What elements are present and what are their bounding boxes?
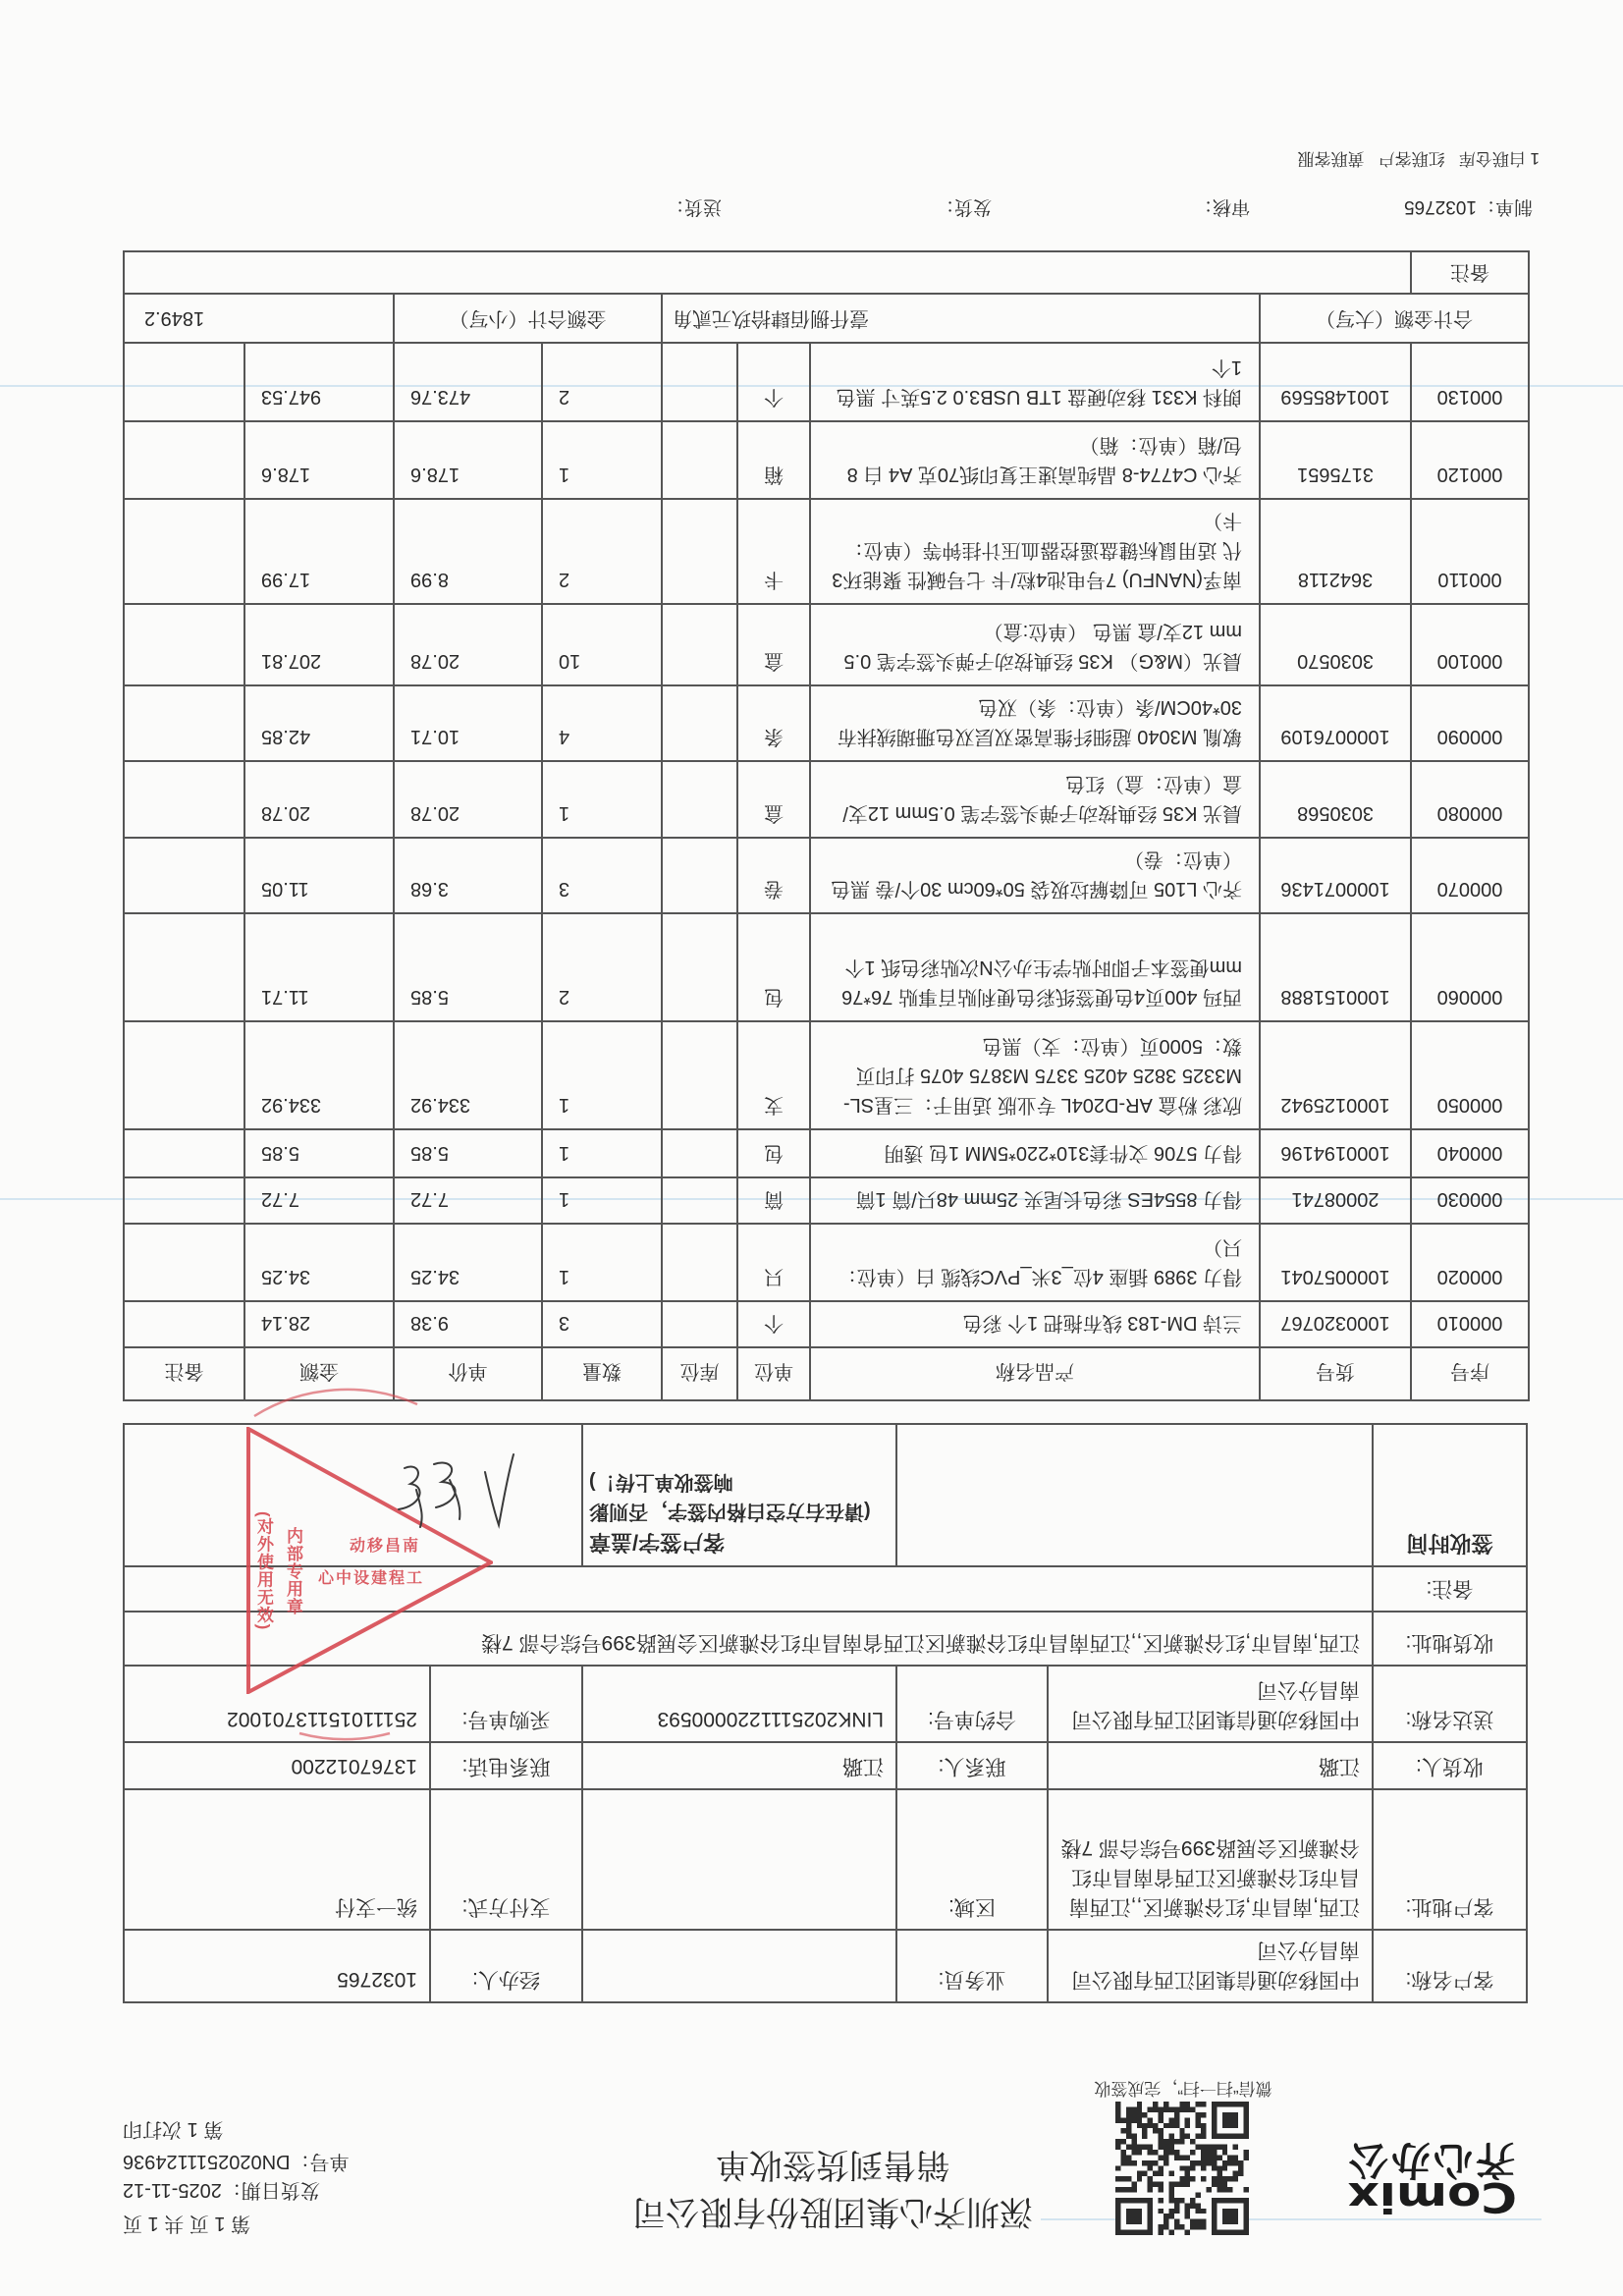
- item-remark: [124, 838, 244, 913]
- item-unit-price: 20.78: [394, 761, 542, 838]
- item-row: 0000401000194196得力 5706 文件套310*220*5MM 1…: [124, 1129, 1529, 1177]
- stamp-text-line: (对外使用无效): [253, 1511, 273, 1630]
- item-seq: 000130: [1411, 343, 1529, 421]
- items-remark-value: [124, 251, 1411, 294]
- item-unit: 盒: [737, 761, 810, 838]
- item-sku: 1000057041: [1260, 1224, 1411, 1301]
- item-amount: 11.71: [244, 913, 394, 1021]
- item-remark: [124, 761, 244, 838]
- payment-method-label: 支付方式:: [430, 1789, 582, 1930]
- receiver-value: 江璐: [1048, 1742, 1373, 1789]
- receiver-label: 收货人:: [1373, 1742, 1527, 1789]
- items-table: 序号 货号 产品名称 单位 库位 数量 单价 金额 备注 00001010003…: [123, 250, 1530, 1401]
- item-name: 齐心 L105 可降解垃圾袋 50*60cm 30个/卷 黑色（单位：卷）: [810, 838, 1260, 913]
- page-count: 第 1 页 共 1 页: [123, 2212, 250, 2235]
- item-remark: [124, 1177, 244, 1224]
- item-quantity: 1: [542, 761, 662, 838]
- info-remark-label: 备注:: [1373, 1566, 1527, 1612]
- contact-value: 江璐: [582, 1742, 896, 1789]
- item-location: [662, 1177, 737, 1224]
- item-row: 0000601000151888西玛 400页4色便签纸彩色便利贴百事贴 76*…: [124, 913, 1529, 1021]
- item-amount: 7.72: [244, 1177, 394, 1224]
- item-amount: 5.85: [244, 1129, 394, 1177]
- receiver-row: 收货人: 江璐 联系人: 江璐 联系电话: 13767012200: [124, 1742, 1527, 1789]
- header-amount: 金额: [244, 1347, 394, 1400]
- item-remark: [124, 604, 244, 685]
- item-seq: 000120: [1411, 421, 1529, 499]
- item-name: 兰诗 DM-183 线布拖把 1个 彩色: [810, 1301, 1260, 1347]
- item-seq: 000040: [1411, 1129, 1529, 1177]
- contract-number-value: LINK2025111220000593: [582, 1666, 896, 1742]
- item-unit: 卡: [737, 499, 810, 604]
- customer-name-value: 中国移动通信集团江西有限公司南昌分公司: [1048, 1930, 1373, 2002]
- courier: 送货：: [666, 194, 722, 218]
- sign-time-value: [896, 1424, 1373, 1566]
- items-remark-label: 备注: [1411, 251, 1529, 294]
- region-label: 区域:: [896, 1789, 1048, 1930]
- items-body: 0000101000320767兰诗 DM-183 线布拖把 1个 彩色个39.…: [124, 343, 1529, 1347]
- item-remark: [124, 913, 244, 1021]
- item-row: 0001203175651齐心 C4774-8 晶纯高速王复印纸70克 A4 白…: [124, 421, 1529, 499]
- item-remark: [124, 499, 244, 604]
- print-count: 第 1 次打印: [123, 2117, 223, 2141]
- item-location: [662, 343, 737, 421]
- customer-name-label: 客户名称:: [1373, 1930, 1527, 2002]
- customer-address-row: 客户地址: 江西,南昌市,红谷滩新区,,江西南昌市红谷滩新区江西省南昌市红谷滩新…: [124, 1789, 1527, 1930]
- item-amount: 17.99: [244, 499, 394, 604]
- item-sku: 1000076109: [1260, 685, 1411, 761]
- total-number-label: 金额合计（小写）: [394, 294, 662, 343]
- items-remark-row: 备注: [124, 251, 1529, 294]
- reviewer-label: 审核：: [1194, 196, 1250, 217]
- salesperson-label: 业务员:: [896, 1930, 1048, 2002]
- stamp-text-line: 内部专用章: [283, 1527, 302, 1615]
- delivery-address-label: 收货地址:: [1373, 1612, 1527, 1666]
- reviewer: 审核：: [1194, 194, 1250, 218]
- item-remark: [124, 1129, 244, 1177]
- item-name: 欣彩 粉盒 AR-D204L 专业版 适用于：三星SL-M3325 3825 4…: [810, 1021, 1260, 1129]
- item-amount: 28.14: [244, 1301, 394, 1347]
- item-unit: 支: [737, 1021, 810, 1129]
- customer-address-value: 江西,南昌市,红谷滩新区,,江西南昌市红谷滩新区江西省南昌市红谷滩新区会展路39…: [1048, 1789, 1373, 1930]
- item-quantity: 1: [542, 1177, 662, 1224]
- item-sku: 20008741: [1260, 1177, 1411, 1224]
- signature-title: 客户签字/盖章: [589, 1526, 890, 1558]
- item-location: [662, 1129, 737, 1177]
- item-row: 0001301001485569朗科 K331 移动硬盘 1TB USB3.0 …: [124, 343, 1529, 421]
- header-location: 库位: [662, 1347, 737, 1400]
- item-seq: 000030: [1411, 1177, 1529, 1224]
- qr-caption: 微信“扫一扫”，完成签收: [1071, 2074, 1295, 2102]
- item-name: 齐心 C4774-8 晶纯高速王复印纸70克 A4 白 8包/箱（单位：箱）: [810, 421, 1260, 499]
- item-amount: 178.6: [244, 421, 394, 499]
- item-location: [662, 1224, 737, 1301]
- item-quantity: 4: [542, 685, 662, 761]
- company-name: 深圳齐心集团股份有限公司: [587, 2188, 1078, 2235]
- item-unit-price: 334.92: [394, 1021, 542, 1129]
- item-name: 西玛 400页4色便签纸彩色便利贴百事贴 76*76mm便签本子即时贴学生办公N…: [810, 913, 1260, 1021]
- item-location: [662, 604, 737, 685]
- item-unit-price: 9.38: [394, 1301, 542, 1347]
- item-seq: 000110: [1411, 499, 1529, 604]
- item-location: [662, 685, 737, 761]
- item-unit: 箱: [737, 421, 810, 499]
- item-unit: 卷: [737, 838, 810, 913]
- customer-name-row: 客户名称: 中国移动通信集团江西有限公司南昌分公司 业务员: 经办人: 1032…: [124, 1930, 1527, 2002]
- item-quantity: 1: [542, 1129, 662, 1177]
- item-location: [662, 499, 737, 604]
- brand-logo-chinese: 齐心办公: [1346, 2140, 1515, 2179]
- item-row: 0000901000076109敏胤 M3040 超细纤维高密双层双色珊瑚绒抹布…: [124, 685, 1529, 761]
- item-amount: 334.92: [244, 1021, 394, 1129]
- item-row: 0000701000071436齐心 L105 可降解垃圾袋 50*60cm 3…: [124, 838, 1529, 913]
- item-amount: 947.53: [244, 343, 394, 421]
- header-remark: 备注: [124, 1347, 244, 1400]
- item-sku: 1000071436: [1260, 838, 1411, 913]
- total-row: 合计金额（大写） 壹仟捌佰肆拾玖元贰角 金额合计（小写） 1849.2: [124, 294, 1529, 343]
- document-title: 销售到货签收单: [587, 2141, 1078, 2188]
- item-seq: 000060: [1411, 913, 1529, 1021]
- handler-label: 经办人:: [430, 1930, 582, 2002]
- item-remark: [124, 421, 244, 499]
- item-row: 0000501000125942欣彩 粉盒 AR-D204L 专业版 适用于：三…: [124, 1021, 1529, 1129]
- item-location: [662, 761, 737, 838]
- item-unit: 条: [737, 685, 810, 761]
- courier-label: 送货：: [666, 196, 722, 217]
- maker-label: 制单：: [1477, 196, 1533, 217]
- item-unit: 筒: [737, 1177, 810, 1224]
- item-quantity: 3: [542, 1301, 662, 1347]
- item-unit: 盒: [737, 604, 810, 685]
- item-sku: 1000320767: [1260, 1301, 1411, 1347]
- item-name: 得力 5706 文件套310*220*5MM 1包 透明: [810, 1129, 1260, 1177]
- qr-code-icon: [1115, 2102, 1249, 2235]
- item-amount: 20.78: [244, 761, 394, 838]
- item-unit-price: 178.6: [394, 421, 542, 499]
- region-value: [582, 1789, 896, 1930]
- handler-value: 1032765: [124, 1930, 430, 2002]
- item-name: 得力 3989 插座 4位_3米_PVC线缆 白（单位：只）: [810, 1224, 1260, 1301]
- item-sku: 3175651: [1260, 421, 1411, 499]
- item-unit-price: 10.71: [394, 685, 542, 761]
- maker-value: 1032765: [1404, 196, 1477, 217]
- item-sku: 1000125942: [1260, 1021, 1411, 1129]
- item-unit-price: 20.78: [394, 604, 542, 685]
- item-remark: [124, 1021, 244, 1129]
- item-name: 南孚(NANFU) 7号电池4粒/卡 七号碱性 聚能环3代 适用鼠标键盘遥控器血…: [810, 499, 1260, 604]
- customer-signature-instructions: 客户签字/盖章 (请在右方空白格内签字，否则影响签收单上传！): [582, 1424, 896, 1566]
- item-remark: [124, 343, 244, 421]
- item-quantity: 10: [542, 604, 662, 685]
- order-number-label: 单号：: [291, 2151, 350, 2172]
- customer-address-label: 客户地址:: [1373, 1789, 1527, 1930]
- item-location: [662, 838, 737, 913]
- item-unit-price: 34.25: [394, 1224, 542, 1301]
- header-unit: 单位: [737, 1347, 810, 1400]
- item-seq: 000050: [1411, 1021, 1529, 1129]
- delivery-receipt-page: Comix 齐心办公 微信“扫一扫”，完成签收 深圳齐心集团股份有限公司 销售到…: [0, 0, 1623, 2296]
- recipient-name-value: 中国移动通信集团江西有限公司南昌分公司: [1048, 1666, 1373, 1742]
- item-location: [662, 913, 737, 1021]
- item-quantity: 2: [542, 913, 662, 1021]
- item-unit-price: 473.76: [394, 343, 542, 421]
- item-amount: 34.25: [244, 1224, 394, 1301]
- item-quantity: 2: [542, 499, 662, 604]
- total-number-value: 1849.2: [124, 294, 394, 343]
- items-header-row: 序号 货号 产品名称 单位 库位 数量 单价 金额 备注: [124, 1347, 1529, 1400]
- item-seq: 000010: [1411, 1301, 1529, 1347]
- item-seq: 000020: [1411, 1224, 1529, 1301]
- item-unit: 只: [737, 1224, 810, 1301]
- item-remark: [124, 1301, 244, 1347]
- copy-distribution-note: 1 白联仓库 红联客户 黄联客服: [1297, 147, 1540, 169]
- stamp-text-line: 南昌移动: [324, 1537, 420, 1557]
- header-sku: 货号: [1260, 1347, 1411, 1400]
- item-name: 朗科 K331 移动硬盘 1TB USB3.0 2.5英寸 黑色 1个: [810, 343, 1260, 421]
- item-location: [662, 1301, 737, 1347]
- item-unit: 包: [737, 1129, 810, 1177]
- item-amount: 207.81: [244, 604, 394, 685]
- phone-value: 13767012200: [124, 1742, 430, 1789]
- total-uppercase-value: 壹仟捌佰肆拾玖元贰角: [662, 294, 1260, 343]
- item-sku: 1000194196: [1260, 1129, 1411, 1177]
- phone-label: 联系电话:: [430, 1742, 582, 1789]
- brand-logo-text: Comix: [1348, 2176, 1517, 2217]
- item-sku: 3642118: [1260, 499, 1411, 604]
- sign-time-label: 签收时间: [1373, 1424, 1527, 1566]
- item-quantity: 1: [542, 1224, 662, 1301]
- item-name: 得力 8554ES 彩色长尾夹 25mm 48只/筒 1筒: [810, 1177, 1260, 1224]
- item-sku: 1000151888: [1260, 913, 1411, 1021]
- contract-number-label: 合约单号:: [896, 1666, 1048, 1742]
- item-seq: 000100: [1411, 604, 1529, 685]
- item-remark: [124, 685, 244, 761]
- item-row: 0000803030568晨光 K35 经典按动子弹头签字笔 0.5mm 12支…: [124, 761, 1529, 838]
- ship-date-label: 发货日期：: [222, 2179, 320, 2201]
- item-quantity: 2: [542, 343, 662, 421]
- ship-date-value: 2025-11-12: [123, 2179, 222, 2201]
- item-name: 晨光（M&G） K35 经典按动子弹头签字笔 0.5mm 12支/盒 黑色 （单…: [810, 604, 1260, 685]
- item-unit: 个: [737, 343, 810, 421]
- shipper-label: 发货：: [936, 196, 992, 217]
- payment-method-value: 统一支付: [124, 1789, 430, 1930]
- signature-note: (请在右方空白格内签字，否则影响签收单上传！): [589, 1467, 890, 1526]
- item-unit-price: 7.72: [394, 1177, 542, 1224]
- item-row: 0000201000057041得力 3989 插座 4位_3米_PVC线缆 白…: [124, 1224, 1529, 1301]
- item-unit: 个: [737, 1301, 810, 1347]
- item-sku: 1001485569: [1260, 343, 1411, 421]
- document-title-block: 深圳齐心集团股份有限公司 销售到货签收单: [587, 2141, 1078, 2235]
- item-quantity: 1: [542, 421, 662, 499]
- item-name: 敏胤 M3040 超细纤维高密双层双色珊瑚绒抹布 30*40CM/条（单位：条）…: [810, 685, 1260, 761]
- item-unit-price: 5.85: [394, 913, 542, 1021]
- item-remark: [124, 1224, 244, 1301]
- item-location: [662, 1021, 737, 1129]
- contact-label: 联系人:: [896, 1742, 1048, 1789]
- item-unit-price: 8.99: [394, 499, 542, 604]
- item-sku: 3030570: [1260, 604, 1411, 685]
- item-quantity: 1: [542, 1021, 662, 1129]
- ship-date: 发货日期：2025-11-12: [123, 2178, 320, 2202]
- maker: 制单：1032765: [1404, 194, 1533, 218]
- item-location: [662, 421, 737, 499]
- item-unit-price: 3.68: [394, 838, 542, 913]
- stamp-text-line: 工程建设中心: [318, 1569, 424, 1589]
- total-uppercase-label: 合计金额（大写）: [1260, 294, 1529, 343]
- salesperson-value: [582, 1930, 896, 2002]
- header-product-name: 产品名称: [810, 1347, 1260, 1400]
- item-sku: 3030568: [1260, 761, 1411, 838]
- item-name: 晨光 K35 经典按动子弹头签字笔 0.5mm 12支/盒（单位：盒）红色: [810, 761, 1260, 838]
- item-unit-price: 5.85: [394, 1129, 542, 1177]
- item-row: 0001003030570晨光（M&G） K35 经典按动子弹头签字笔 0.5m…: [124, 604, 1529, 685]
- item-seq: 000080: [1411, 761, 1529, 838]
- item-amount: 11.05: [244, 838, 394, 913]
- order-number: 单号：DN0202511124936: [123, 2150, 350, 2173]
- item-row: 0000101000320767兰诗 DM-183 线布拖把 1个 彩色个39.…: [124, 1301, 1529, 1347]
- item-seq: 000070: [1411, 838, 1529, 913]
- recipient-name-label: 送达名称:: [1373, 1666, 1527, 1742]
- header-unit-price: 单价: [394, 1347, 542, 1400]
- shipper: 发货：: [936, 194, 992, 218]
- item-row: 0001103642118南孚(NANFU) 7号电池4粒/卡 七号碱性 聚能环…: [124, 499, 1529, 604]
- item-seq: 000090: [1411, 685, 1529, 761]
- item-amount: 42.85: [244, 685, 394, 761]
- header-quantity: 数量: [542, 1347, 662, 1400]
- item-unit: 包: [737, 913, 810, 1021]
- item-row: 00003020008741得力 8554ES 彩色长尾夹 25mm 48只/筒…: [124, 1177, 1529, 1224]
- order-number-value: DN0202511124936: [123, 2151, 291, 2172]
- header-seq: 序号: [1411, 1347, 1529, 1400]
- item-quantity: 3: [542, 838, 662, 913]
- handwritten-signature: [391, 1450, 515, 1529]
